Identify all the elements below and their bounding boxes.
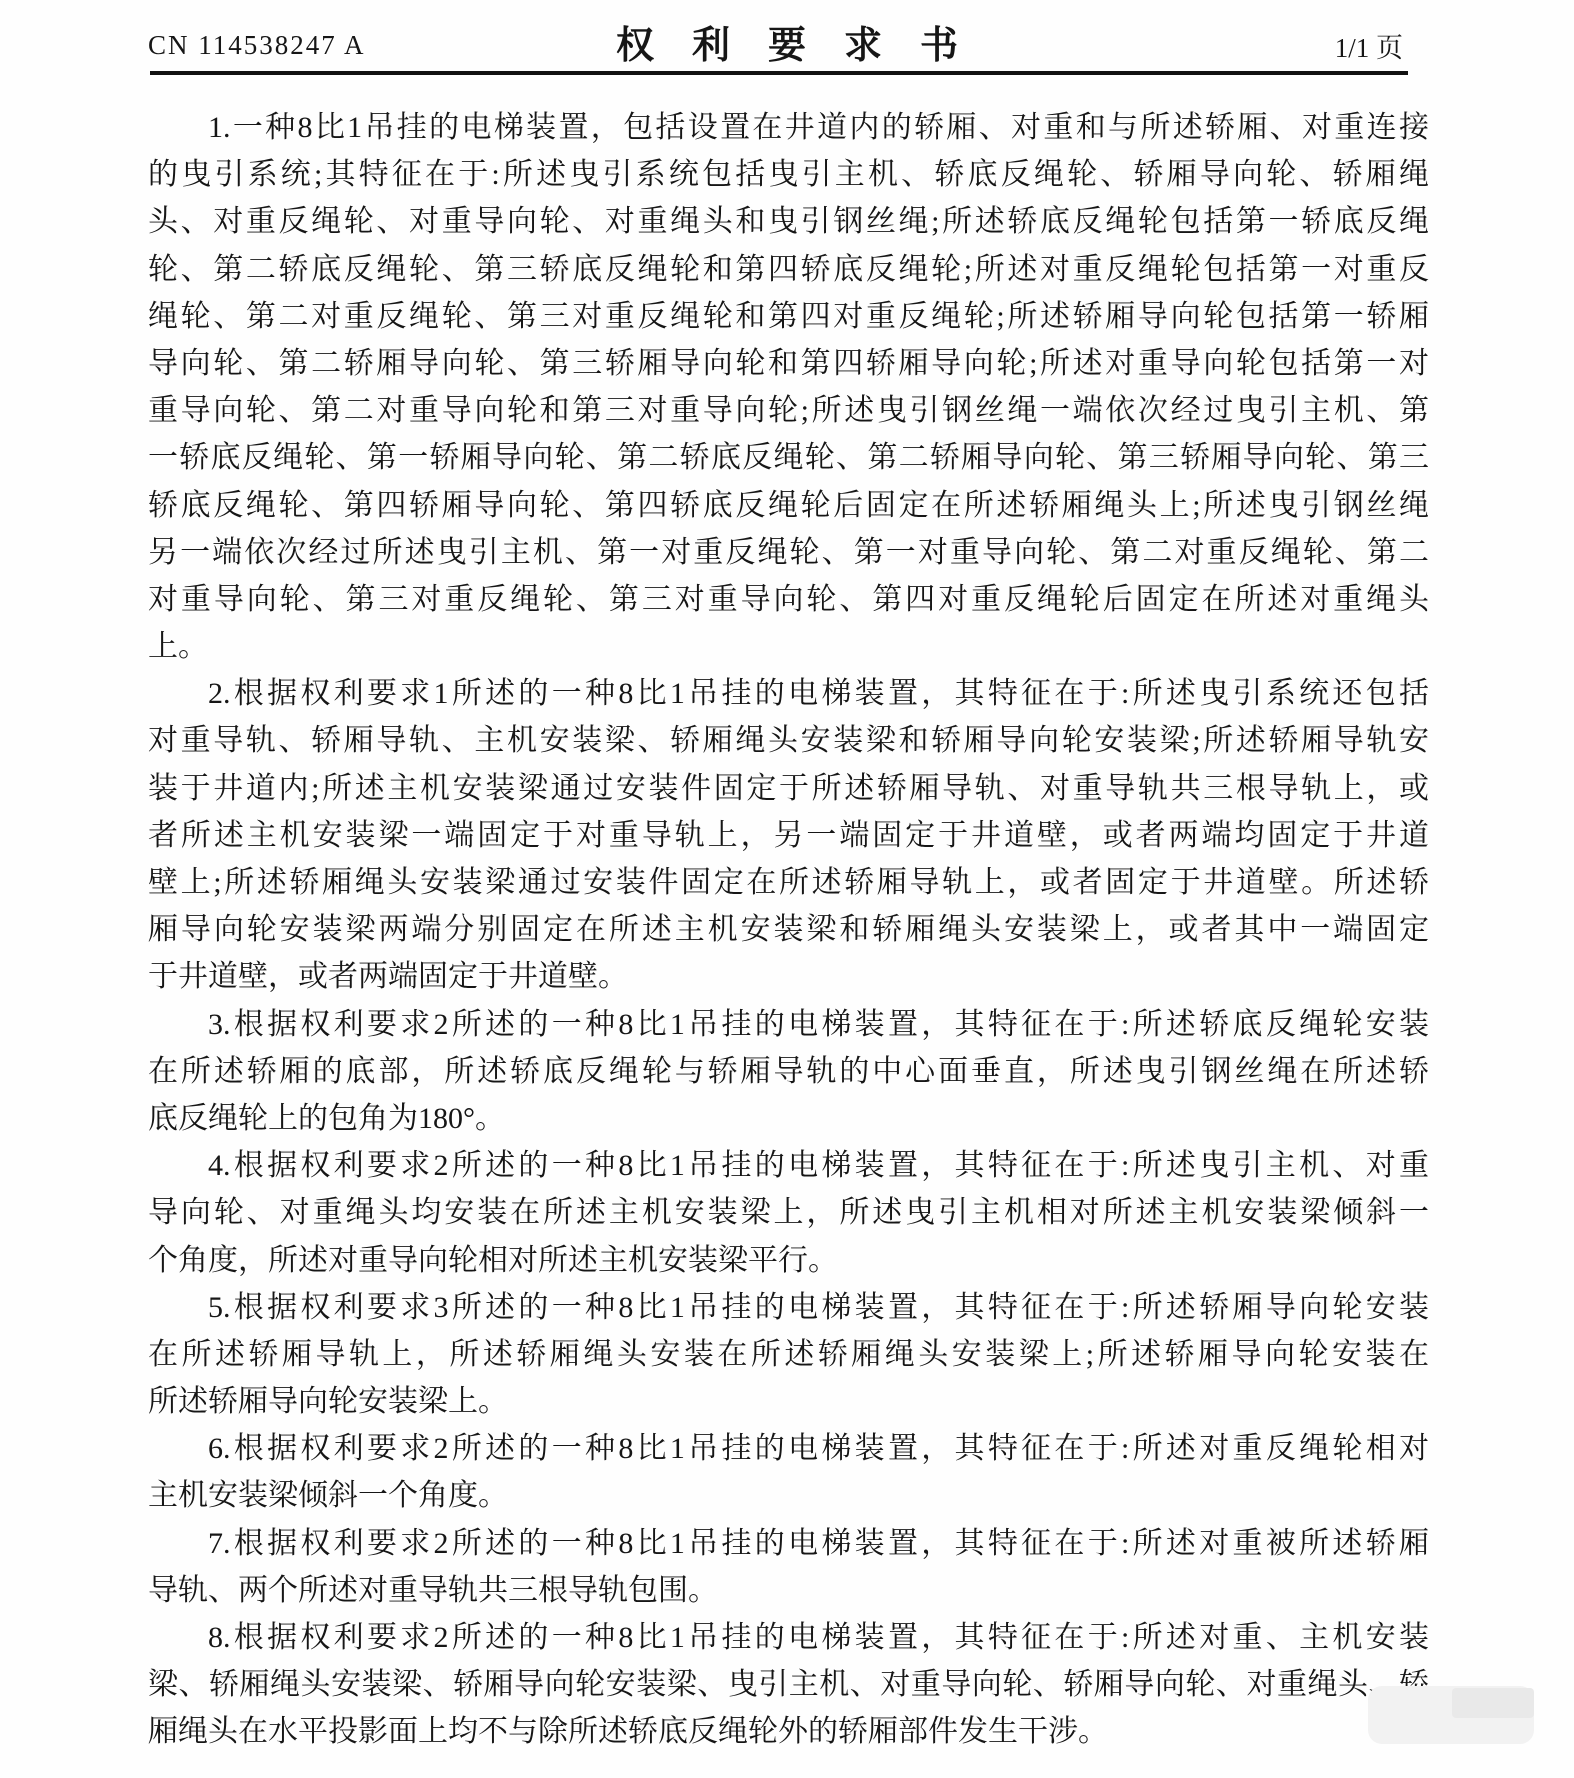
claim-line: 一轿底反绳轮、第一轿厢导向轮、第二轿底反绳轮、第二轿厢导向轮、第三轿厢导向轮、第… — [148, 434, 1429, 481]
claim-line: 5.根据权利要求3所述的一种8比1吊挂的电梯装置，其特征在于:所述轿厢导向轮安装 — [148, 1284, 1429, 1331]
claim-line: 厢绳头在水平投影面上均不与除所述轿底反绳轮外的轿厢部件发生干涉。 — [148, 1708, 1429, 1755]
patent-claims-page: CN 114538247 A 权利要求书 1/1 页 1.一种8比1吊挂的电梯装… — [0, 0, 1574, 1778]
claim-line: 另一端依次经过所述曳引主机、第一对重反绳轮、第一对重导向轮、第二对重反绳轮、第二 — [148, 529, 1429, 576]
claim-line: 对重导向轮、第三对重反绳轮、第三对重导向轮、第四对重反绳轮后固定在所述对重绳头 — [148, 576, 1429, 623]
claims-body: 1.一种8比1吊挂的电梯装置，包括设置在井道内的轿厢、对重和与所述轿厢、对重连接… — [148, 104, 1429, 1756]
claim-paragraph: 7.根据权利要求2所述的一种8比1吊挂的电梯装置，其特征在于:所述对重被所述轿厢… — [148, 1520, 1429, 1614]
claim-paragraph: 1.一种8比1吊挂的电梯装置，包括设置在井道内的轿厢、对重和与所述轿厢、对重连接… — [148, 104, 1429, 670]
claim-line: 所述轿厢导向轮安装梁上。 — [148, 1378, 1429, 1425]
claim-line: 上。 — [148, 623, 1429, 670]
claim-line: 8.根据权利要求2所述的一种8比1吊挂的电梯装置，其特征在于:所述对重、主机安装 — [148, 1614, 1429, 1661]
claim-line: 导轨、两个所述对重导轨共三根导轨包围。 — [148, 1567, 1429, 1614]
claim-line: 3.根据权利要求2所述的一种8比1吊挂的电梯装置，其特征在于:所述轿底反绳轮安装 — [148, 1001, 1429, 1048]
claim-line: 梁、轿厢绳头安装梁、轿厢导向轮安装梁、曳引主机、对重导向轮、轿厢导向轮、对重绳头… — [148, 1661, 1429, 1708]
claim-line: 在所述轿厢的底部，所述轿底反绳轮与轿厢导轨的中心面垂直，所述曳引钢丝绳在所述轿 — [148, 1048, 1429, 1095]
claim-line: 导向轮、对重绳头均安装在所述主机安装梁上，所述曳引主机相对所述主机安装梁倾斜一 — [148, 1189, 1429, 1236]
claim-line: 2.根据权利要求1所述的一种8比1吊挂的电梯装置，其特征在于:所述曳引系统还包括 — [148, 670, 1429, 717]
claim-line: 1.一种8比1吊挂的电梯装置，包括设置在井道内的轿厢、对重和与所述轿厢、对重连接 — [148, 104, 1429, 151]
claim-line: 导向轮、第二轿厢导向轮、第三轿厢导向轮和第四轿厢导向轮;所述对重导向轮包括第一对 — [148, 340, 1429, 387]
claim-line: 绳轮、第二对重反绳轮、第三对重反绳轮和第四对重反绳轮;所述轿厢导向轮包括第一轿厢 — [148, 293, 1429, 340]
claim-line: 于井道壁，或者两端固定于井道壁。 — [148, 953, 1429, 1000]
claim-paragraph: 5.根据权利要求3所述的一种8比1吊挂的电梯装置，其特征在于:所述轿厢导向轮安装… — [148, 1284, 1429, 1426]
claim-line: 6.根据权利要求2所述的一种8比1吊挂的电梯装置，其特征在于:所述对重反绳轮相对 — [148, 1425, 1429, 1472]
claim-paragraph: 8.根据权利要求2所述的一种8比1吊挂的电梯装置，其特征在于:所述对重、主机安装… — [148, 1614, 1429, 1756]
claim-line: 头、对重反绳轮、对重导向轮、对重绳头和曳引钢丝绳;所述轿底反绳轮包括第一轿底反绳 — [148, 198, 1429, 245]
claim-line: 轿底反绳轮、第四轿厢导向轮、第四轿底反绳轮后固定在所述轿厢绳头上;所述曳引钢丝绳 — [148, 482, 1429, 529]
claim-paragraph: 4.根据权利要求2所述的一种8比1吊挂的电梯装置，其特征在于:所述曳引主机、对重… — [148, 1142, 1429, 1284]
claim-paragraph: 2.根据权利要求1所述的一种8比1吊挂的电梯装置，其特征在于:所述曳引系统还包括… — [148, 670, 1429, 1000]
claim-line: 厢导向轮安装梁两端分别固定在所述主机安装梁和轿厢绳头安装梁上，或者其中一端固定 — [148, 906, 1429, 953]
claim-paragraph: 6.根据权利要求2所述的一种8比1吊挂的电梯装置，其特征在于:所述对重反绳轮相对… — [148, 1425, 1429, 1519]
claim-line: 个角度，所述对重导向轮相对所述主机安装梁平行。 — [148, 1237, 1429, 1284]
claim-line: 壁上;所述轿厢绳头安装梁通过安装件固定在所述轿厢导轨上，或者固定于井道壁。所述轿 — [148, 859, 1429, 906]
page-indicator: 1/1 页 — [1335, 26, 1403, 65]
claim-line: 底反绳轮上的包角为180°。 — [148, 1095, 1429, 1142]
claim-line: 在所述轿厢导轨上，所述轿厢绳头安装在所述轿厢绳头安装梁上;所述轿厢导向轮安装在 — [148, 1331, 1429, 1378]
claim-line: 4.根据权利要求2所述的一种8比1吊挂的电梯装置，其特征在于:所述曳引主机、对重 — [148, 1142, 1429, 1189]
claim-line: 重导向轮、第二对重导向轮和第三对重导向轮;所述曳引钢丝绳一端依次经过曳引主机、第 — [148, 387, 1429, 434]
claim-line: 装于井道内;所述主机安装梁通过安装件固定于所述轿厢导轨、对重导轨共三根导轨上，或 — [148, 765, 1429, 812]
header-divider — [150, 71, 1408, 75]
claim-line: 7.根据权利要求2所述的一种8比1吊挂的电梯装置，其特征在于:所述对重被所述轿厢 — [148, 1520, 1429, 1567]
claim-line: 的曳引系统;其特征在于:所述曳引系统包括曳引主机、轿底反绳轮、轿厢导向轮、轿厢绳 — [148, 151, 1429, 198]
watermark-patch — [1452, 1688, 1534, 1718]
claim-line: 对重导轨、轿厢导轨、主机安装梁、轿厢绳头安装梁和轿厢导向轮安装梁;所述轿厢导轨安 — [148, 717, 1429, 764]
claim-line: 轮、第二轿底反绳轮、第三轿底反绳轮和第四轿底反绳轮;所述对重反绳轮包括第一对重反 — [148, 246, 1429, 293]
claim-line: 者所述主机安装梁一端固定于对重导轨上，另一端固定于井道壁，或者两端均固定于井道 — [148, 812, 1429, 859]
claim-line: 主机安装梁倾斜一个角度。 — [148, 1472, 1429, 1519]
claim-paragraph: 3.根据权利要求2所述的一种8比1吊挂的电梯装置，其特征在于:所述轿底反绳轮安装… — [148, 1001, 1429, 1143]
